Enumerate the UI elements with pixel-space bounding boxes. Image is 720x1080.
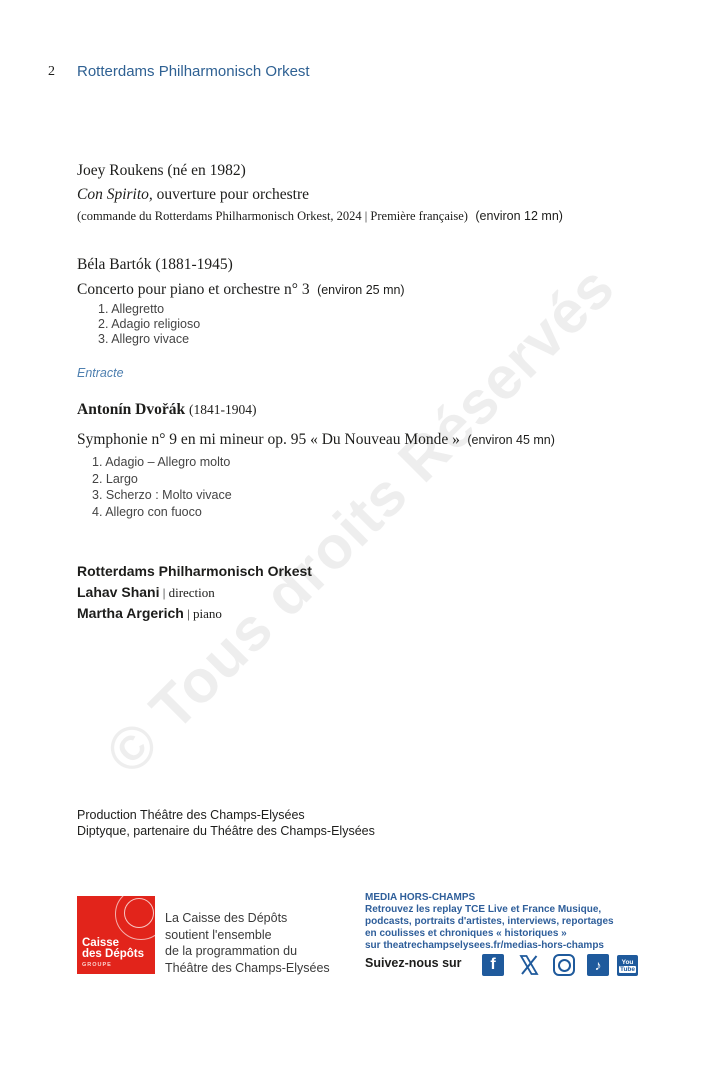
logo-group-label: GROUPE xyxy=(82,962,112,968)
youtube-tube: Tube xyxy=(619,966,636,973)
performer-soloist: Martha Argerich | piano xyxy=(77,605,222,622)
sponsor-line: Théâtre des Champs-Elysées xyxy=(165,960,330,977)
composer-dates: (1881-1945) xyxy=(155,256,233,273)
media-link[interactable]: sur theatrechampselysees.fr/medias-hors-… xyxy=(365,940,655,952)
youtube-you: You xyxy=(622,959,634,966)
credit-line: Production Théâtre des Champs-Elysées xyxy=(77,807,375,823)
work-title-roukens: Con Spirito, ouverture pour orchestre xyxy=(77,186,309,204)
composer-name: Antonín Dvořák xyxy=(77,401,185,418)
composer-dates: (né en 1982) xyxy=(167,162,245,179)
composer-roukens: Joey Roukens (né en 1982) xyxy=(77,162,246,180)
duration: (environ 25 mn) xyxy=(317,283,405,297)
composer-name: Joey Roukens xyxy=(77,162,164,179)
media-line: en coulisses et chroniques « historiques… xyxy=(365,928,655,940)
commission-note: (commande du Rotterdams Philharmonisch O… xyxy=(77,209,468,223)
duration: (environ 12 mn) xyxy=(475,209,563,223)
performer-name: Martha Argerich xyxy=(77,605,184,621)
movement-item: 2. Adagio religioso xyxy=(98,317,200,332)
media-line: podcasts, portraits d'artistes, intervie… xyxy=(365,916,655,928)
facebook-icon[interactable]: f xyxy=(482,954,504,976)
work-title-rest: ouverture pour orchestre xyxy=(153,186,309,203)
work-title: Symphonie n° 9 en mi mineur op. 95 « Du … xyxy=(77,431,460,448)
movement-item: 2. Largo xyxy=(92,471,232,488)
work-title-bartok: Concerto pour piano et orchestre n° 3 (e… xyxy=(77,281,405,299)
duration: (environ 45 mn) xyxy=(467,433,555,447)
sponsor-line: La Caisse des Dépôts xyxy=(165,910,330,927)
tiktok-icon[interactable]: ♪ xyxy=(587,954,609,976)
logo-line-2: des Dépôts xyxy=(82,949,144,960)
composer-bartok: Béla Bartók (1881-1945) xyxy=(77,256,233,274)
movement-item: 1. Adagio – Allegro molto xyxy=(92,454,232,471)
media-title: MEDIA HORS-CHAMPS xyxy=(365,892,655,904)
work-title: Concerto pour piano et orchestre n° 3 xyxy=(77,281,310,298)
credit-line: Diptyque, partenaire du Théâtre des Cham… xyxy=(77,823,375,839)
intermission-label: Entracte xyxy=(77,366,124,380)
performer-name: Lahav Shani xyxy=(77,584,159,600)
performer-role: direction xyxy=(169,585,215,600)
separator: | xyxy=(184,606,193,621)
follow-us-label: Suivez-nous sur xyxy=(365,956,462,970)
work-title-dvorak: Symphonie n° 9 en mi mineur op. 95 « Du … xyxy=(77,431,555,449)
media-line: Retrouvez les replay TCE Live et France … xyxy=(365,904,655,916)
work-note-roukens: (commande du Rotterdams Philharmonisch O… xyxy=(77,207,563,225)
movement-item: 3. Allegro vivace xyxy=(98,332,200,347)
composer-dvorak: Antonín Dvořák (1841-1904) xyxy=(77,401,256,419)
media-hors-champs: MEDIA HORS-CHAMPS Retrouvez les replay T… xyxy=(365,892,655,952)
sponsor-line: de la programmation du xyxy=(165,943,330,960)
youtube-icon[interactable]: You Tube xyxy=(617,955,638,976)
seal-emblem-icon xyxy=(124,898,154,928)
sponsor-line: soutient l'ensemble xyxy=(165,927,330,944)
orchestra-name: Rotterdams Philharmonisch Orkest xyxy=(77,563,312,579)
separator: | xyxy=(159,585,168,600)
logo-wordmark: Caisse des Dépôts xyxy=(82,938,144,960)
movement-item: 4. Allegro con fuoco xyxy=(92,504,232,521)
running-title: Rotterdams Philharmonisch Orkest xyxy=(77,63,310,80)
page-number: 2 xyxy=(48,64,55,80)
performer-role: piano xyxy=(193,606,222,621)
composer-name: Béla Bartók xyxy=(77,256,151,273)
sponsor-text: La Caisse des Dépôts soutient l'ensemble… xyxy=(165,910,330,976)
instagram-icon[interactable] xyxy=(553,954,575,976)
movements-bartok: 1. Allegretto 2. Adagio religioso 3. All… xyxy=(98,302,200,347)
x-icon[interactable] xyxy=(518,954,540,976)
movement-item: 1. Allegretto xyxy=(98,302,200,317)
performer-conductor: Lahav Shani | direction xyxy=(77,584,215,601)
work-title-italic: Con Spirito, xyxy=(77,186,153,203)
composer-dates: (1841-1904) xyxy=(189,402,257,417)
instagram-lens-icon xyxy=(558,959,571,972)
movements-dvorak: 1. Adagio – Allegro molto 2. Largo 3. Sc… xyxy=(92,454,232,520)
x-logo-icon xyxy=(518,954,540,976)
production-credits: Production Théâtre des Champs-Elysées Di… xyxy=(77,807,375,839)
caisse-des-depots-logo: Caisse des Dépôts GROUPE xyxy=(77,896,155,974)
movement-item: 3. Scherzo : Molto vivace xyxy=(92,487,232,504)
